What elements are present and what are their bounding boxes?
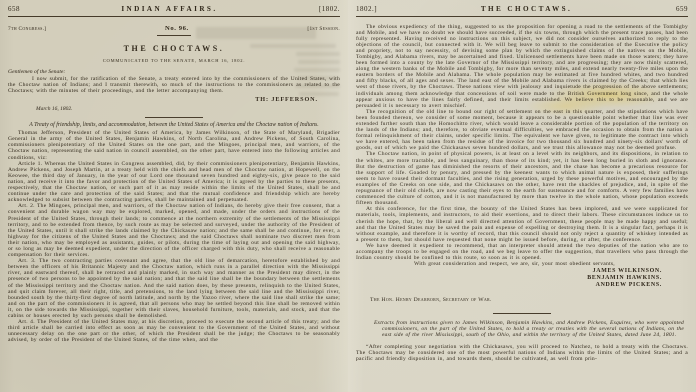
congress-label: 7th Congress.]	[8, 26, 46, 32]
document-title: THE CHOCTAWS.	[8, 44, 340, 53]
closing-line: With great consideration and respect, we…	[356, 261, 688, 267]
addressee-line: The Hon. Henry Dearborn, Secretary of Wa…	[356, 297, 688, 303]
book-page-spread: 658 INDIAN AFFAIRS. [1802. 7th Congress.…	[0, 0, 696, 392]
running-year-right: 1802.]	[356, 5, 377, 13]
treaty-article-2: Art. 2. The Mingoes, principal men, and …	[8, 203, 340, 258]
page-number-left: 658	[8, 5, 20, 13]
header-rule-right	[356, 16, 688, 17]
running-header-right: 1802.] THE CHOCTAWS. 659	[356, 5, 688, 13]
divider-rule	[157, 35, 191, 36]
page-number-right: 659	[676, 5, 688, 13]
divider-rule	[493, 313, 551, 314]
extract-heading: Extracts from instructions given to Jame…	[382, 320, 684, 339]
treaty-article-1: Article 1. Whereas the United States in …	[8, 161, 340, 204]
treaty-heading: A Treaty of friendship, limits, and acco…	[8, 122, 340, 128]
running-title-right: THE CHOCTAWS.	[481, 5, 572, 13]
session-label: [1st Session.	[307, 26, 340, 32]
salutation: Gentlemen of the Senate:	[8, 69, 340, 75]
congress-session-row: 7th Congress.] No. 96. [1st Session.	[8, 25, 340, 32]
treaty-article-3: Art. 3. The two contracting parties cove…	[8, 258, 340, 319]
jefferson-message: I now submit, for the ratification of th…	[8, 76, 340, 94]
page-right: 1802.] THE CHOCTAWS. 659 The obvious exp…	[348, 0, 696, 392]
report-paragraph: The Choctaw nation, in point of physical…	[356, 151, 688, 206]
treaty-article-4: Art. 4. The President of the United Stat…	[8, 319, 340, 343]
report-paragraph: The recognition of the old line to bound…	[356, 109, 688, 152]
instructions-quote-paragraph: “After completing your negotiation with …	[356, 344, 688, 362]
running-year-left: [1802.	[319, 5, 340, 13]
divider-rule	[145, 117, 203, 118]
signature-hawkins: BENJAMIN HAWKINS.	[356, 275, 662, 282]
treaty-preamble-paragraph: Thomas Jefferson, President of the Unite…	[8, 130, 340, 160]
document-number: No. 96.	[165, 25, 189, 32]
commissioner-signatures: JAMES WILKINSON. BENJAMIN HAWKINS. ANDRE…	[356, 268, 688, 288]
jefferson-signature: TH: JEFFERSON.	[8, 96, 340, 103]
page-left: 658 INDIAN AFFAIRS. [1802. 7th Congress.…	[0, 0, 348, 392]
report-paragraph: The obvious expediency of the thing, sug…	[356, 24, 688, 109]
message-date: March 16, 1802.	[8, 106, 340, 112]
report-paragraph: At this conference, for the first time, …	[356, 206, 688, 243]
signature-pickens: ANDREW PICKENS.	[356, 282, 662, 289]
communicated-subtitle: COMMUNICATED TO THE SENATE, MARCH 16, 18…	[8, 58, 340, 63]
running-title-left: INDIAN AFFAIRS.	[121, 5, 217, 13]
header-rule-left	[8, 16, 340, 17]
report-paragraph: We have deemed it expedient to recommend…	[356, 243, 688, 261]
running-header-left: 658 INDIAN AFFAIRS. [1802.	[8, 5, 340, 13]
signature-wilkinson: JAMES WILKINSON.	[356, 268, 662, 275]
